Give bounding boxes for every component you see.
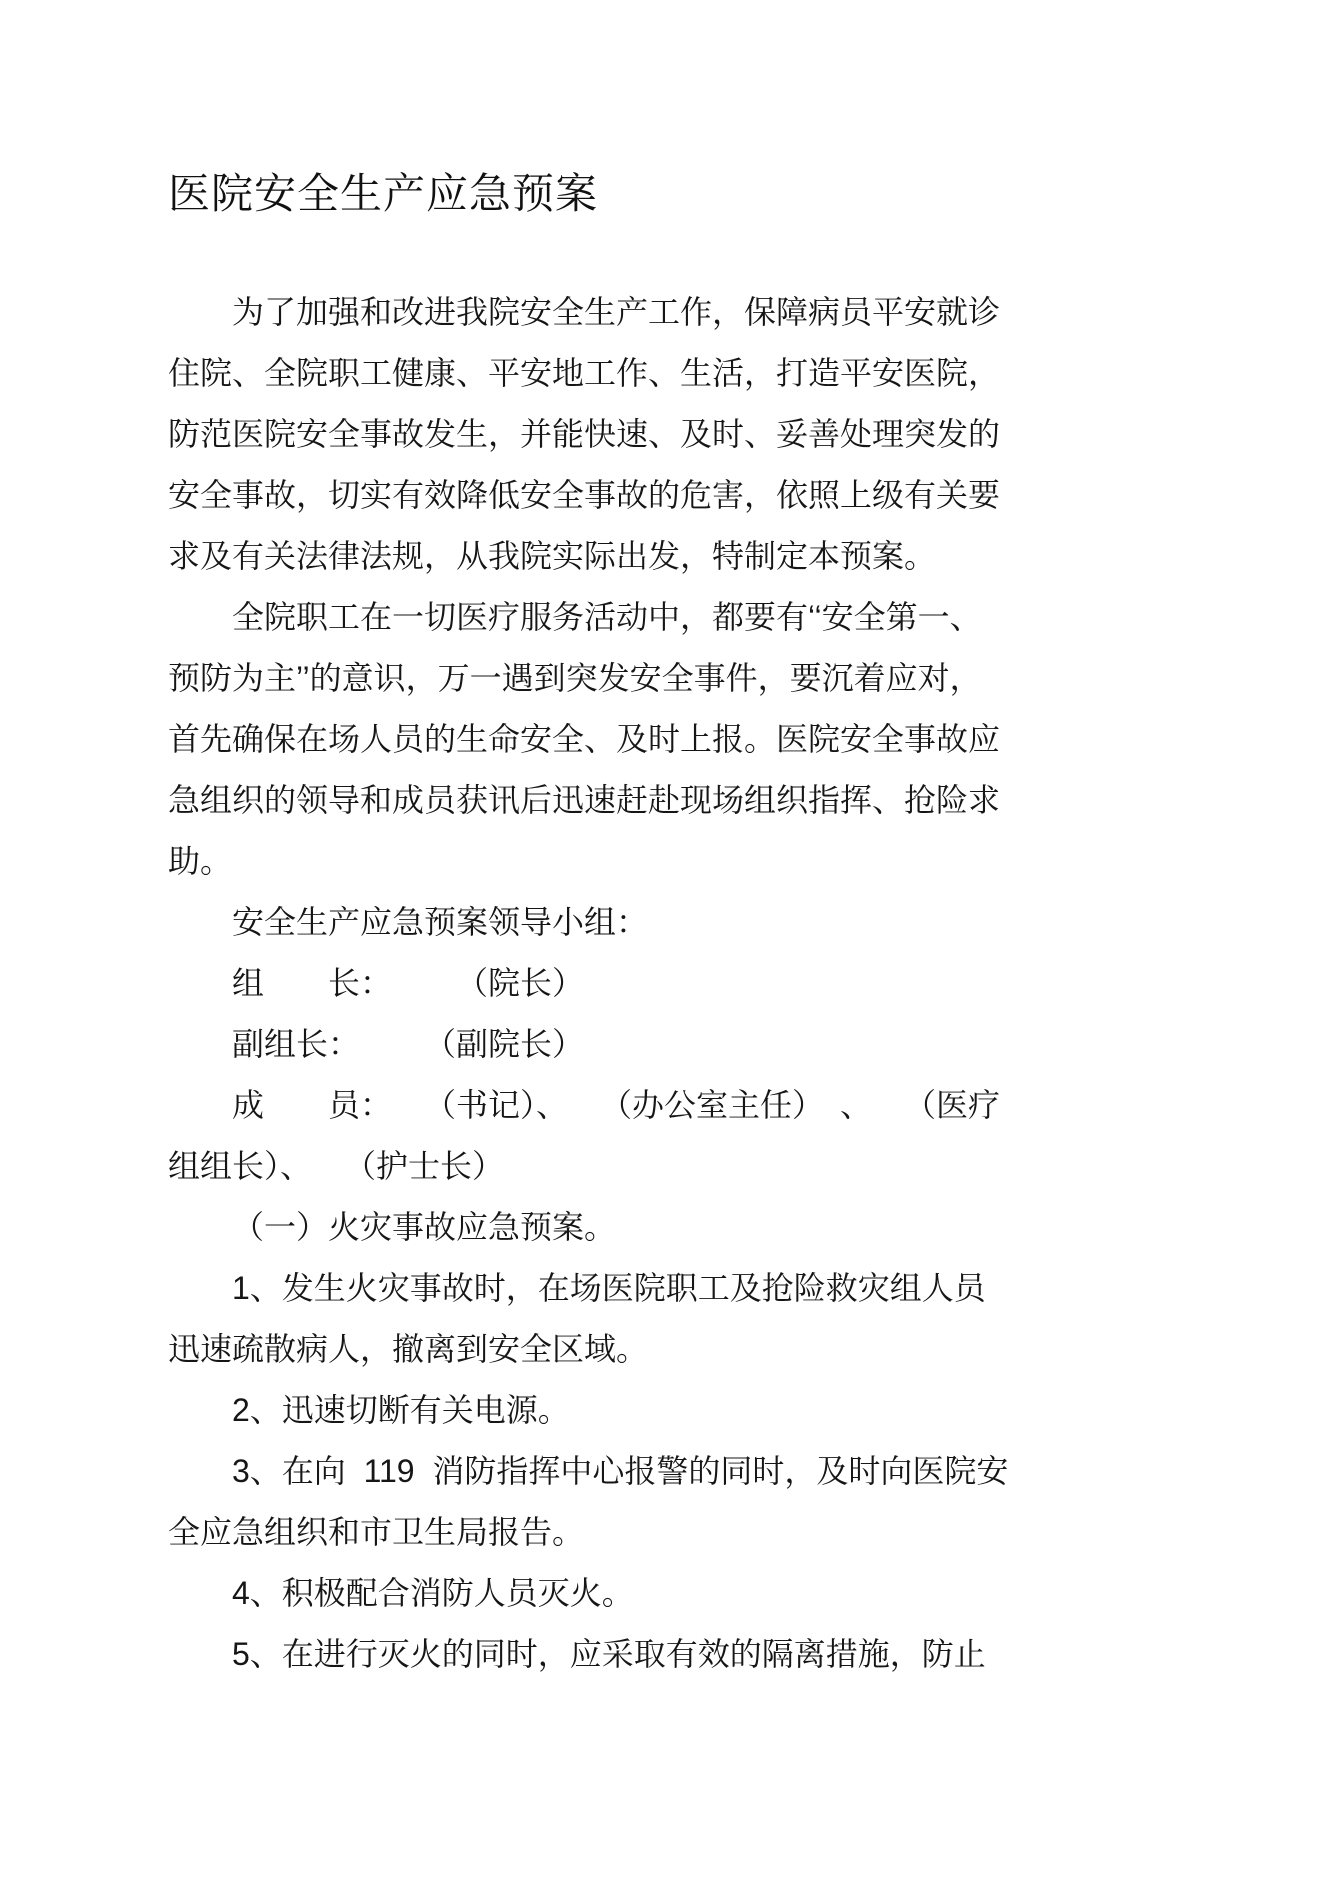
text-line: 助。 xyxy=(168,831,1178,892)
text-line: 4、积极配合消防人员灭火。 xyxy=(168,1563,1178,1624)
text-line: 全应急组织和市卫生局报告。 xyxy=(168,1502,1178,1563)
text-line: 1、发生火灾事故时，在场医院职工及抢险救灾组人员 xyxy=(168,1258,1178,1319)
document-content: 医院安全生产应急预案 为了加强和改进我院安全生产工作，保障病员平安就诊住院、全院… xyxy=(168,170,1178,1685)
text-line: 成 员： （书记）、 （办公室主任） 、 （医疗 xyxy=(168,1075,1178,1136)
text-line: 急组织的领导和成员获讯后迅速赶赴现场组织指挥、抢险求 xyxy=(168,770,1178,831)
text-line: 安全生产应急预案领导小组： xyxy=(168,892,1178,953)
text-line: 首先确保在场人员的生命安全、及时上报。医院安全事故应 xyxy=(168,709,1178,770)
text-line: 3、在向 119 消防指挥中心报警的同时，及时向医院安 xyxy=(168,1441,1178,1502)
document-page: 医院安全生产应急预案 为了加强和改进我院安全生产工作，保障病员平安就诊住院、全院… xyxy=(0,0,1328,1879)
text-line: 2、迅速切断有关电源。 xyxy=(168,1380,1178,1441)
text-line: 安全事故，切实有效降低安全事故的危害，依照上级有关要 xyxy=(168,465,1178,526)
text-line: 为了加强和改进我院安全生产工作，保障病员平安就诊 xyxy=(168,282,1178,343)
text-line: 住院、全院职工健康、平安地工作、生活，打造平安医院， xyxy=(168,343,1178,404)
text-line: 5、在进行灭火的同时，应采取有效的隔离措施，防止 xyxy=(168,1624,1178,1685)
text-line: 求及有关法律法规，从我院实际出发，特制定本预案。 xyxy=(168,526,1178,587)
text-line: 迅速疏散病人，撤离到安全区域。 xyxy=(168,1319,1178,1380)
text-line: 副组长： （副院长） xyxy=(168,1014,1178,1075)
text-line: 防范医院安全事故发生，并能快速、及时、妥善处理突发的 xyxy=(168,404,1178,465)
text-line: 组 长： （院长） xyxy=(168,953,1178,1014)
document-title: 医院安全生产应急预案 xyxy=(168,170,1178,218)
document-lines: 为了加强和改进我院安全生产工作，保障病员平安就诊住院、全院职工健康、平安地工作、… xyxy=(168,282,1178,1685)
text-line: 全院职工在一切医疗服务活动中，都要有‘‘安全第一、 xyxy=(168,587,1178,648)
text-line: 预防为主’’的意识，万一遇到突发安全事件，要沉着应对， xyxy=(168,648,1178,709)
text-line: 组组长）、 （护士长） xyxy=(168,1136,1178,1197)
text-line: （一）火灾事故应急预案。 xyxy=(168,1197,1178,1258)
